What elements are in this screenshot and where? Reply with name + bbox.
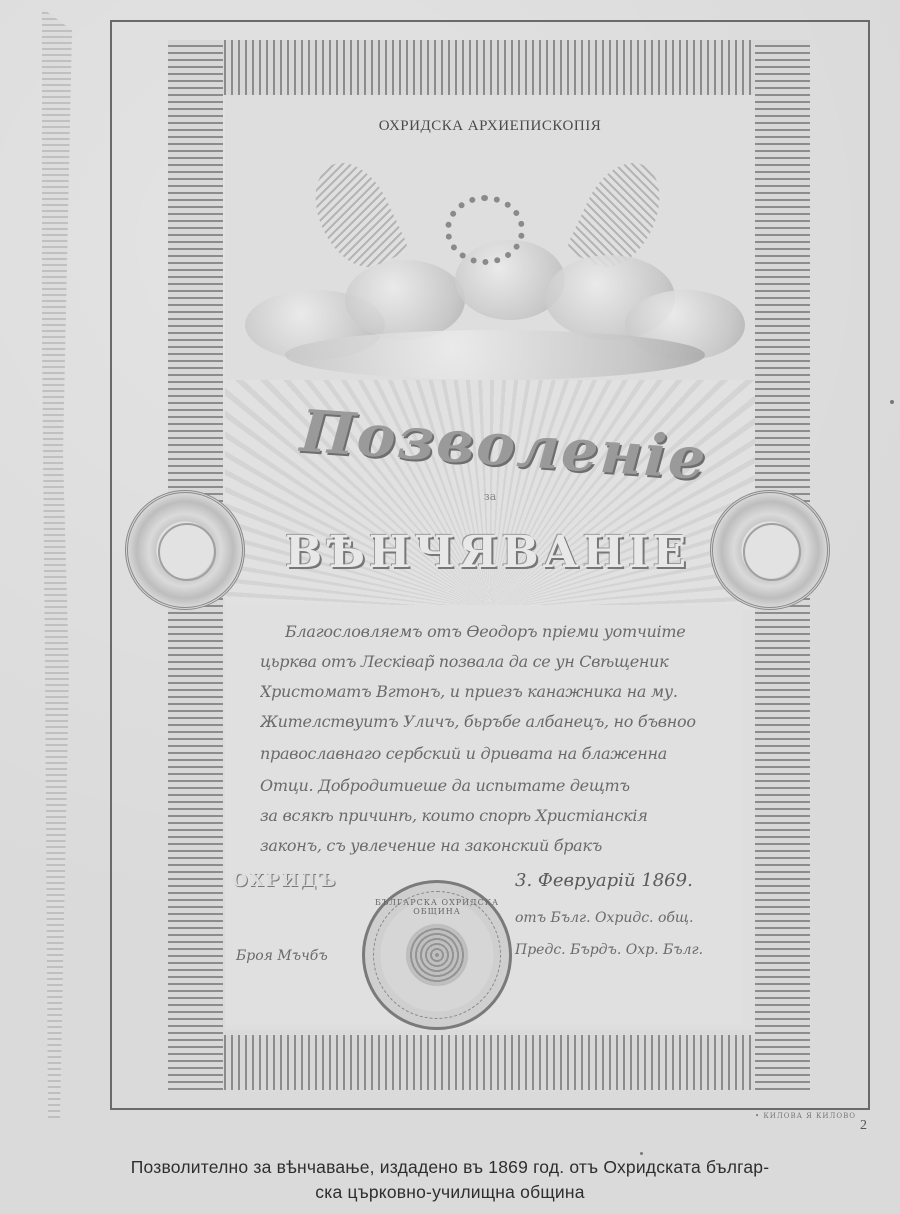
handwritten-line: Жителствуитъ Уличъ, бьръбе албанецъ, но … [260, 712, 740, 731]
caption-line-1: Позволително за вѣнчавање, издадено въ 1… [0, 1155, 900, 1180]
signature-line: Предс. Бърдъ. Охр. Бълг. [515, 942, 703, 958]
border-band-top [168, 40, 810, 95]
medallion-emblem-icon [743, 523, 801, 581]
medallion-emblem-icon [158, 523, 216, 581]
figure-caption: Позволително за вѣнчавање, издадено въ 1… [0, 1155, 900, 1205]
issue-city: ОХРИДЪ [232, 870, 337, 891]
handwritten-line: за всякѣ причинѣ, които спорѣ Христiанск… [260, 806, 740, 825]
medallion-right [710, 490, 830, 610]
registry-number: Броя Мъчбъ [236, 948, 328, 964]
handwritten-line: православнаго сербский и дривата на блаж… [260, 744, 740, 763]
issuing-authority: ОХРИДСКА АРХИЕПИСКОПIЯ [360, 118, 620, 135]
border-band-bottom [168, 1035, 810, 1090]
medallion-left [125, 490, 245, 610]
signature-line: отъ Бълг. Охридс. общ. [515, 910, 693, 926]
title-connector: за [440, 490, 540, 503]
laurel-wreath-icon [445, 195, 525, 265]
handwritten-line: Благословляемъ отъ Ѳеодоръ прiеми уотчиi… [285, 622, 765, 641]
handwritten-line: Христоматъ Вгтонъ, и приезъ канажника на… [260, 682, 740, 701]
community-seal: БЪЛГАРСКА ОХРИДСКА ОБЩИНА [362, 880, 512, 1030]
certificate-subtitle: ВѢНЧЯВАНIЕ [285, 527, 685, 578]
issue-date: 3. Февруарiй 1869. [515, 870, 693, 891]
angels-clouds-illustration [225, 140, 755, 390]
cloud-bank-icon [285, 330, 705, 380]
cloud-icon [345, 260, 465, 340]
lion-emblem-icon [407, 925, 467, 985]
print-speck [890, 400, 894, 404]
handwritten-line: цьрква отъ Лескiвар̃ позвала да се ун Св… [260, 652, 740, 671]
page-number: 2 [860, 1118, 867, 1134]
caption-line-2: ска църковно-училищна община [0, 1180, 900, 1205]
handwritten-line: законъ, съ увлечение на законский бракъ [260, 836, 740, 855]
handwritten-line: Отци. Добродитиеше да испытате дещтъ [260, 776, 740, 795]
printer-mark: • КИЛОВА Я КИЛОВО [755, 1112, 856, 1120]
